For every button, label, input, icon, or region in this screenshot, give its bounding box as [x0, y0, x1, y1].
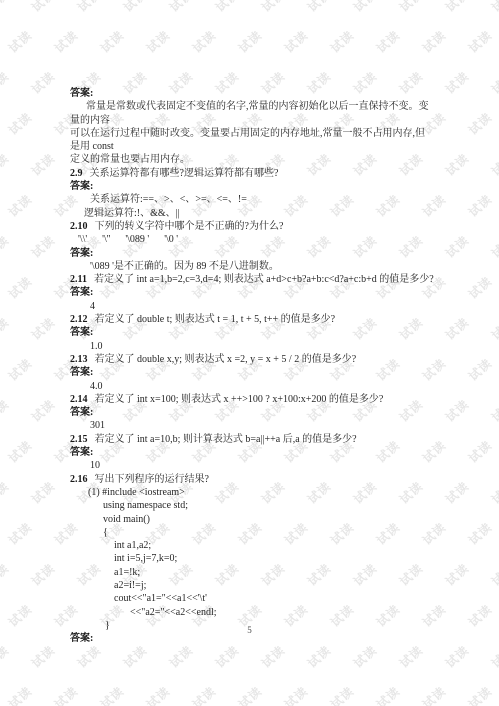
watermark-text: 试读 — [327, 682, 358, 706]
watermark-text: 试读 — [442, 395, 473, 425]
page-number: 5 — [0, 625, 499, 635]
line-text: 301 — [90, 420, 105, 431]
watermark-text: 试读 — [442, 67, 473, 97]
question-number: 2.13 — [70, 354, 88, 365]
line-text: 关系运算符都有哪些?逻辑运算符都有哪些? — [90, 168, 279, 179]
question-2-10: 2.10下列的转义字符中哪个是不正确的?为什么? — [70, 220, 434, 233]
line-text: 下列的转义字符中哪个是不正确的?为什么? — [95, 221, 284, 232]
line-text: using namespace std; — [103, 500, 188, 511]
watermark-text: 试读 — [488, 313, 499, 343]
watermark-text: 试读 — [143, 682, 174, 706]
line-text: 定义的常量也要占用内存。 — [70, 154, 190, 165]
answer-text: 关系运算符:==、>、<、>=、<=、!= — [90, 193, 434, 206]
line-text: 答案: — [70, 88, 93, 99]
watermark-text: 试读 — [442, 0, 473, 16]
line-text: 若定义了 int x=100; 则表达式 x ++>100 ? x+100:x+… — [95, 394, 384, 405]
watermark-text: 试读 — [465, 682, 496, 706]
answer-label: 答案: — [70, 87, 434, 100]
watermark-text: 试读 — [5, 26, 36, 56]
watermark-text: 试读 — [442, 231, 473, 261]
question-2-14: 2.14若定义了 int x=100; 则表达式 x ++>100 ? x+10… — [70, 393, 434, 406]
watermark-text: 试读 — [5, 272, 36, 302]
watermark-text: 试读 — [143, 26, 174, 56]
answer-value: 301 — [90, 419, 434, 432]
code-line: { — [103, 526, 434, 539]
watermark-text: 试读 — [465, 108, 496, 138]
question-number: 2.12 — [70, 314, 88, 325]
line-text: 答案: — [70, 327, 93, 338]
watermark-text: 试读 — [350, 641, 381, 671]
watermark-text: 试读 — [281, 26, 312, 56]
line-text: 答案: — [70, 248, 93, 259]
watermark-text: 试读 — [5, 190, 36, 220]
watermark-text: 试读 — [5, 108, 36, 138]
code-line: int i=5,j=7,k=0; — [114, 552, 434, 565]
watermark-text: 试读 — [74, 0, 105, 16]
watermark-text: 试读 — [212, 0, 243, 16]
line-text: 逻辑运算符:!、&&、|| — [84, 208, 180, 219]
watermark-text: 试读 — [419, 26, 450, 56]
watermark-text: 试读 — [212, 641, 243, 671]
line-text: 常量是常数或代表固定不变值的名字,常量的内容初始化以后一直保持不变。变量的内容 — [70, 101, 429, 125]
watermark-text: 试读 — [488, 149, 499, 179]
line-text: 答案: — [70, 407, 93, 418]
watermark-text: 试读 — [235, 682, 266, 706]
document-page: { "page": { "number": "5" }, "watermark"… — [0, 0, 499, 706]
line-text: 10 — [90, 460, 100, 471]
code-line: a1=!k; — [114, 566, 434, 579]
code-line: a2=i!=j; — [114, 579, 434, 592]
code-line: int a1,a2; — [114, 539, 434, 552]
watermark-text: 试读 — [28, 67, 59, 97]
watermark-text: 试读 — [28, 231, 59, 261]
question-2-9: 2.9关系运算符都有哪些?逻辑运算符都有哪些? — [70, 167, 434, 180]
answer-label: 答案: — [70, 406, 434, 419]
watermark-text: 试读 — [442, 313, 473, 343]
watermark-text: 试读 — [465, 272, 496, 302]
watermark-text: 试读 — [0, 67, 12, 97]
watermark-text: 试读 — [97, 682, 128, 706]
watermark-text: 试读 — [28, 641, 59, 671]
watermark-text: 试读 — [189, 26, 220, 56]
question-number: 2.10 — [70, 221, 88, 232]
watermark-text: 试读 — [442, 149, 473, 179]
watermark-text: 试读 — [488, 67, 499, 97]
line-text: 答案: — [70, 287, 93, 298]
watermark-text: 试读 — [488, 477, 499, 507]
watermark-text: 试读 — [396, 0, 427, 16]
line-text: 4 — [90, 301, 95, 312]
watermark-text: 试读 — [235, 26, 266, 56]
watermark-text: 试读 — [5, 518, 36, 548]
watermark-text: 试读 — [0, 559, 12, 589]
question-number: 2.9 — [70, 168, 83, 179]
watermark-text: 试读 — [0, 231, 12, 261]
question-2-16: 2.16写出下列程序的运行结果? — [70, 473, 434, 486]
line-text: 若定义了 int a=10,b; 则计算表达式 b=a||++a 后,a 的值是… — [95, 434, 357, 445]
watermark-text: 试读 — [166, 0, 197, 16]
question-number: 2.15 — [70, 434, 88, 445]
watermark-text: 试读 — [28, 477, 59, 507]
answer-label: 答案: — [70, 326, 434, 339]
watermark-text: 试读 — [166, 641, 197, 671]
answer-text: 可以在运行过程中随时改变。变量要占用固定的内存地址,常量一般不占用内存,但是用 … — [70, 127, 434, 154]
watermark-text: 试读 — [28, 395, 59, 425]
line-text: 写出下列程序的运行结果? — [95, 474, 209, 485]
watermark-text: 试读 — [28, 559, 59, 589]
watermark-text: 试读 — [5, 436, 36, 466]
code-line: using namespace std; — [103, 499, 434, 512]
watermark-text: 试读 — [28, 149, 59, 179]
line-text: 答案: — [70, 181, 93, 192]
question-2-13: 2.13若定义了 double x,y; 则表达式 x =2, y = x + … — [70, 353, 434, 366]
line-text: 若定义了 int a=1,b=2,c=3,d=4; 则表达式 a+d>c+b?a… — [94, 274, 434, 285]
watermark-text: 试读 — [304, 0, 335, 16]
line-text: a1=!k; — [114, 567, 140, 578]
document-body: 答案:常量是常数或代表固定不变值的名字,常量的内容初始化以后一直保持不变。变量的… — [70, 87, 434, 645]
watermark-text: 试读 — [28, 0, 59, 16]
watermark-text: 试读 — [465, 26, 496, 56]
answer-label: 答案: — [70, 286, 434, 299]
line-text: cout<<"a1="<<a1<<'\t' — [114, 593, 207, 604]
answer-label: 答案: — [70, 247, 434, 260]
watermark-text: 试读 — [488, 641, 499, 671]
watermark-text: 试读 — [373, 682, 404, 706]
watermark-text: 试读 — [465, 518, 496, 548]
watermark-text: 试读 — [442, 641, 473, 671]
watermark-text: 试读 — [465, 436, 496, 466]
watermark-text: 试读 — [350, 0, 381, 16]
line-text: '\089 '是不正确的。因为 89 不是八进制数。 — [90, 261, 279, 272]
watermark-text: 试读 — [0, 395, 12, 425]
line-text: 若定义了 double t; 则表达式 t = 1, t + 5, t++ 的值… — [95, 314, 336, 325]
line-text: 若定义了 double x,y; 则表达式 x =2, y = x + 5 / … — [95, 354, 357, 365]
question-2-11: 2.11若定义了 int a=1,b=2,c=3,d=4; 则表达式 a+d>c… — [70, 273, 434, 286]
code-line: cout<<"a1="<<a1<<'\t' — [114, 592, 434, 605]
code-line: <<"a2="<<a2<<endl; — [130, 606, 434, 619]
watermark-text: 试读 — [5, 682, 36, 706]
watermark-text: 试读 — [488, 231, 499, 261]
watermark-text: 试读 — [5, 354, 36, 384]
watermark-text: 试读 — [465, 190, 496, 220]
watermark-text: 试读 — [488, 395, 499, 425]
line-text: 答案: — [70, 447, 93, 458]
answer-value: 10 — [90, 459, 434, 472]
question-2-15: 2.15若定义了 int a=10,b; 则计算表达式 b=a||++a 后,a… — [70, 433, 434, 446]
line-text: int i=5,j=7,k=0; — [114, 553, 177, 564]
line-text: 1.0 — [90, 341, 103, 352]
question-number: 2.14 — [70, 394, 88, 405]
watermark-text: 试读 — [327, 26, 358, 56]
watermark-text: 试读 — [373, 26, 404, 56]
line-text: 关系运算符:==、>、<、>=、<=、!= — [90, 194, 247, 205]
question-number: 2.16 — [70, 474, 88, 485]
question-number: 2.11 — [70, 274, 87, 285]
watermark-text: 试读 — [0, 0, 12, 16]
line-text: int a1,a2; — [114, 540, 151, 551]
answer-label: 答案: — [70, 180, 434, 193]
answer-text: '\089 '是不正确的。因为 89 不是八进制数。 — [90, 260, 434, 273]
line-text: '\\' '\'' '\089 ' '\0 ' — [78, 234, 178, 245]
answer-value: 1.0 — [90, 340, 434, 353]
line-text: { — [103, 527, 108, 538]
watermark-text: 试读 — [258, 641, 289, 671]
watermark-text: 试读 — [51, 26, 82, 56]
code-line: void main() — [103, 513, 434, 526]
answer-value: 4 — [90, 300, 434, 313]
line-text: (1) #include <iostream> — [88, 487, 185, 498]
watermark-text: 试读 — [0, 149, 12, 179]
code-line: (1) #include <iostream> — [88, 486, 434, 499]
watermark-text: 试读 — [281, 682, 312, 706]
answer-text: 常量是常数或代表固定不变值的名字,常量的内容初始化以后一直保持不变。变量的内容 — [70, 100, 434, 127]
watermark-text: 试读 — [120, 0, 151, 16]
watermark-text: 试读 — [74, 641, 105, 671]
line-text: a2=i!=j; — [114, 580, 146, 591]
line-text: <<"a2="<<a2<<endl; — [130, 607, 217, 618]
watermark-text: 试读 — [0, 313, 12, 343]
watermark-text: 试读 — [258, 0, 289, 16]
line-text: 4.0 — [90, 381, 103, 392]
line-text: void main() — [103, 514, 150, 525]
answer-text: 定义的常量也要占用内存。 — [70, 153, 434, 166]
watermark-text: 试读 — [120, 641, 151, 671]
watermark-text: 试读 — [0, 641, 12, 671]
line-text: 答案: — [70, 367, 93, 378]
answer-value: 4.0 — [90, 380, 434, 393]
watermark-text: 试读 — [189, 682, 220, 706]
watermark-text: 试读 — [442, 477, 473, 507]
answer-label: 答案: — [70, 446, 434, 459]
watermark-text: 试读 — [97, 26, 128, 56]
watermark-text: 试读 — [442, 559, 473, 589]
answer-text: 逻辑运算符:!、&&、|| — [84, 207, 434, 220]
watermark-text: 试读 — [488, 559, 499, 589]
question-options: '\\' '\'' '\089 ' '\0 ' — [78, 233, 434, 246]
watermark-text: 试读 — [396, 641, 427, 671]
watermark-text: 试读 — [465, 354, 496, 384]
line-text: 可以在运行过程中随时改变。变量要占用固定的内存地址,常量一般不占用内存,但是用 … — [70, 128, 425, 152]
question-2-12: 2.12若定义了 double t; 则表达式 t = 1, t + 5, t+… — [70, 313, 434, 326]
watermark-text: 试读 — [488, 0, 499, 16]
watermark-text: 试读 — [304, 641, 335, 671]
watermark-text: 试读 — [419, 682, 450, 706]
answer-label: 答案: — [70, 366, 434, 379]
watermark-text: 试读 — [0, 477, 12, 507]
watermark-text: 试读 — [51, 682, 82, 706]
watermark-text: 试读 — [28, 313, 59, 343]
